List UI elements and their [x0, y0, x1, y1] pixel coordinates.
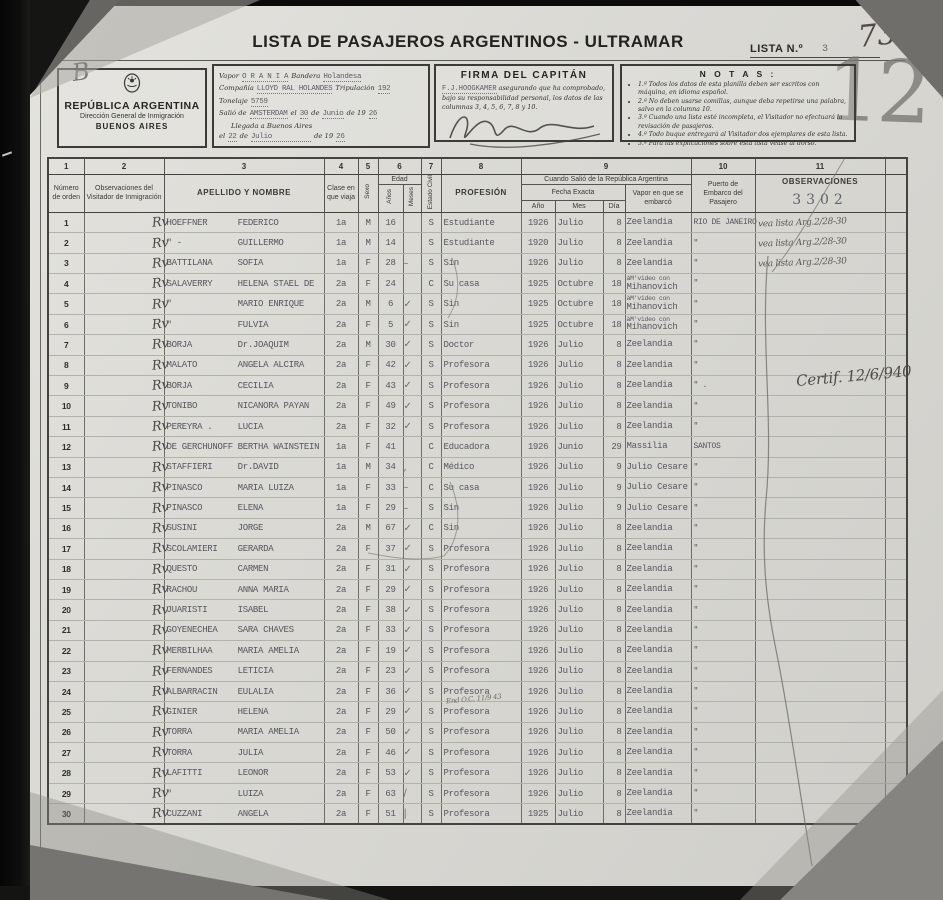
age-months-cell: ✓: [403, 702, 421, 722]
departure-day-cell: 8: [603, 681, 625, 701]
age-years-cell: 14: [378, 233, 403, 253]
passenger-row: 1RvHOEFFNERFEDERICO1aM16SEstudiante1926J…: [48, 212, 907, 232]
row-number-cell: 19: [48, 579, 84, 599]
profession-text: Médico: [444, 462, 475, 472]
departure-month-cell: Julio: [555, 376, 603, 396]
row-number-cell: 6: [48, 314, 84, 334]
age-years-cell: 42: [378, 355, 403, 375]
embark-ship-cell: àM'video conMihanovich: [625, 294, 691, 314]
header-port-of-embark: Puerto de Embarco del Pasajero: [691, 174, 755, 212]
departure-day-cell: 8: [603, 600, 625, 620]
ship-details-box: Vapor O R A N I A Bandera Holandesa Comp…: [212, 64, 430, 148]
name-cell: MALATOANGELA ALCIRA: [164, 355, 324, 375]
visitor-mark-cell: Rv: [84, 661, 164, 681]
surname-text: PINASCO: [167, 483, 203, 493]
departure-year-cell: 1926: [521, 620, 555, 640]
embark-port-cell: ": [691, 539, 755, 559]
embark-ship-cell: Zeelandia: [625, 743, 691, 763]
departure-month-cell: Julio: [555, 212, 603, 232]
age-months-cell: ✓: [403, 722, 421, 742]
age-years-cell: 67: [378, 518, 403, 538]
embark-ship-cell: Zeelandia: [625, 212, 691, 232]
profession-cell: Sin: [441, 294, 521, 314]
sex-cell: F: [358, 498, 378, 518]
margin-cell: [885, 274, 907, 294]
row-observations-cell: [755, 335, 885, 355]
departure-month-cell: Octubre: [555, 294, 603, 314]
profession-cell: Profesora: [441, 416, 521, 436]
given-name-text: BERTHA WAINSTEIN: [238, 442, 320, 452]
sex-cell: F: [358, 743, 378, 763]
visitor-mark-cell: Rv: [84, 253, 164, 273]
age-years-cell: 63: [378, 783, 403, 803]
embark-port-cell: ": [691, 681, 755, 701]
class-cell: 1a: [324, 233, 358, 253]
ship-name-text: Julio Cesare: [627, 463, 690, 472]
de192-label: de 19: [314, 132, 333, 140]
row-observations-cell: [755, 620, 885, 640]
embark-ship-cell: Zeelandia: [625, 376, 691, 396]
departure-month-cell: Julio: [555, 783, 603, 803]
profession-text: Profesora: [444, 401, 490, 411]
age-months-cell: ✓: [403, 314, 421, 334]
visitor-mark-cell: Rv: [84, 620, 164, 640]
age-years-cell: 6: [378, 294, 403, 314]
given-name-text: LETICIA: [238, 666, 274, 676]
embark-port-cell: ": [691, 233, 755, 253]
de19-label: de 19: [347, 109, 366, 117]
departure-day-cell: 8: [603, 376, 625, 396]
civil-status-cell: C: [421, 478, 441, 498]
header-age-months: Meses: [403, 184, 421, 212]
profession-cell: Profesora: [441, 355, 521, 375]
margin-cell: [885, 437, 907, 457]
margin-cell: [885, 478, 907, 498]
departure-year-cell: 1926: [521, 600, 555, 620]
surname-text: BORJA: [167, 340, 193, 350]
margin-cell: [885, 559, 907, 579]
civil-status-cell: S: [421, 233, 441, 253]
embark-ship-cell: Zeelandia: [625, 416, 691, 436]
age-years-cell: 28: [378, 253, 403, 273]
row-number-cell: 20: [48, 600, 84, 620]
visitor-mark-cell: Rv: [84, 743, 164, 763]
departure-year-cell: 1926: [521, 355, 555, 375]
departure-day-cell: 18: [603, 314, 625, 334]
class-cell: 2a: [324, 702, 358, 722]
class-cell: 2a: [324, 376, 358, 396]
age-years-cell: 33: [378, 620, 403, 640]
age-months-cell: ✓: [403, 600, 421, 620]
age-years-cell: 23: [378, 661, 403, 681]
sex-cell: M: [358, 518, 378, 538]
given-name-text: MARIA AMELIA: [238, 727, 299, 737]
departure-day-cell: 8: [603, 702, 625, 722]
class-cell: 1a: [324, 437, 358, 457]
embark-port-cell: " .: [691, 376, 755, 396]
profession-cell: Su casa: [441, 478, 521, 498]
civil-status-cell: S: [421, 600, 441, 620]
departure-day-cell: 8: [603, 355, 625, 375]
given-name-text: ANGELA: [238, 809, 269, 819]
argentina-coat-of-arms-icon: [123, 73, 141, 93]
passenger-row: 6Rv"FULVIA2aF5✓SSin1925Octubre18àM'video…: [48, 314, 907, 334]
sex-cell: F: [358, 763, 378, 783]
sex-cell: M: [358, 212, 378, 232]
departure-month-cell: Julio: [555, 641, 603, 661]
departure-year-cell: 1926: [521, 579, 555, 599]
name-cell: BORJACECILIA: [164, 376, 324, 396]
embark-port-cell: ": [691, 478, 755, 498]
embark-ship-cell: Zeelandia: [625, 804, 691, 824]
header-profession: PROFESIÓN: [441, 174, 521, 212]
age-years-cell: 41: [378, 437, 403, 457]
class-cell: 2a: [324, 641, 358, 661]
visitor-mark-cell: Rv: [84, 539, 164, 559]
departure-month-cell: Julio: [555, 416, 603, 436]
civil-status-cell: S: [421, 498, 441, 518]
row-number-cell: 16: [48, 518, 84, 538]
passenger-row: 18RvQUESTOCARMEN2aF31✓SProfesora1926Juli…: [48, 559, 907, 579]
surname-text: PINASCO: [167, 503, 203, 513]
departure-month-cell: Julio: [555, 804, 603, 824]
header-visitor-observations: Observaciones del Visitador de Inmigraci…: [84, 174, 164, 212]
embark-port-cell: ": [691, 416, 755, 436]
visitor-mark-cell: Rv: [84, 600, 164, 620]
embark-port-cell: ": [691, 335, 755, 355]
age-months-cell: |: [403, 804, 421, 824]
row-number-cell: 4: [48, 274, 84, 294]
departure-day-cell: 8: [603, 661, 625, 681]
civil-status-cell: S: [421, 559, 441, 579]
given-name-text: Dr.DAVID: [238, 462, 279, 472]
passenger-row: 16RvSUSINIJORGE2aM67✓CSin1926Julio8Zeela…: [48, 518, 907, 538]
profession-text: Profesora: [444, 564, 490, 574]
profession-cell: Profesora: [441, 783, 521, 803]
ship-name-text: Julio Cesare: [627, 483, 690, 492]
age-years-cell: 32: [378, 416, 403, 436]
lista-number-label: LISTA N.º: [750, 43, 803, 55]
age-years-cell: 37: [378, 539, 403, 559]
given-name-text: GERARDA: [238, 544, 274, 554]
civil-status-cell: S: [421, 579, 441, 599]
departure-month-cell: Julio: [555, 253, 603, 273]
row-number-cell: 17: [48, 539, 84, 559]
class-cell: 2a: [324, 518, 358, 538]
departure-month-cell: Julio: [555, 335, 603, 355]
embark-port-cell: ": [691, 783, 755, 803]
visitor-mark-cell: Rv: [84, 518, 164, 538]
immigration-office-box: REPÚBLICA ARGENTINA Dirección General de…: [57, 68, 207, 148]
row-number-cell: 28: [48, 763, 84, 783]
margin-cell: [885, 457, 907, 477]
surname-text: LAFITTI: [167, 768, 203, 778]
sex-cell: F: [358, 355, 378, 375]
surname-text: PEREYRA .: [167, 422, 213, 432]
col-number: [885, 158, 907, 174]
name-cell: HOEFFNERFEDERICO: [164, 212, 324, 232]
margin-cell: [885, 335, 907, 355]
row-observations-cell: [755, 457, 885, 477]
age-years-cell: 30: [378, 335, 403, 355]
profession-cell: Profesora: [441, 763, 521, 783]
embark-ship-cell: Zeelandia: [625, 763, 691, 783]
name-cell: TORRAJULIA: [164, 743, 324, 763]
note-item: 3.ª Cuando una lista esté incompleta, el…: [638, 114, 848, 131]
passenger-row: 30RvCUZZANIANGELA2aF51|SProfesora1925Jul…: [48, 804, 907, 824]
civil-status-cell: C: [421, 437, 441, 457]
surname-text: ": [167, 320, 172, 330]
profession-cell: Su casa: [441, 274, 521, 294]
name-cell: FERNANDESLETICIA: [164, 661, 324, 681]
embark-port-cell: ": [691, 253, 755, 273]
age-years-cell: 51: [378, 804, 403, 824]
profession-cell: Sin: [441, 314, 521, 334]
passenger-row: 3RvBATTILANASOFIA1aF28–SSin1926Julio8Zee…: [48, 253, 907, 273]
embark-ship-cell: Julio Cesare: [625, 478, 691, 498]
profession-text: Sin: [444, 320, 459, 330]
de-label: de: [311, 109, 319, 117]
tonelaje-value: 5759: [251, 98, 268, 107]
given-name-text: EULALIA: [238, 687, 274, 697]
name-cell: " -GUILLERMO: [164, 233, 324, 253]
row-observations-cell: [755, 498, 885, 518]
visitor-mark-cell: Rv: [84, 559, 164, 579]
salio-label: Salió de: [219, 109, 247, 117]
departure-year-cell: 1925: [521, 314, 555, 334]
embark-port-cell: ": [691, 314, 755, 334]
departure-year-cell: 1925: [521, 804, 555, 824]
surname-text: SALAVERRY: [167, 279, 213, 289]
departure-day-cell: 8: [603, 233, 625, 253]
departure-day-cell: 8: [603, 620, 625, 640]
embark-ship-cell: Zeelandia: [625, 233, 691, 253]
age-years-cell: 19: [378, 641, 403, 661]
visitor-mark-cell: Rv: [84, 212, 164, 232]
departure-day-cell: 8: [603, 539, 625, 559]
profession-cell: Sin: [441, 518, 521, 538]
surname-text: MERBILHAA: [167, 646, 213, 656]
sex-cell: F: [358, 804, 378, 824]
visitor-mark-cell: Rv: [84, 355, 164, 375]
profession-cell: Sin: [441, 253, 521, 273]
age-months-cell: [403, 437, 421, 457]
ship-name-text: Mihanovich: [627, 323, 690, 332]
departure-year-cell: 1926: [521, 396, 555, 416]
surname-text: HOEFFNER: [167, 218, 208, 228]
departure-year-cell: 1926: [521, 559, 555, 579]
surname-text: TORRA: [167, 748, 193, 758]
given-name-text: GUILLERMO: [238, 238, 284, 248]
header-margin-column: [885, 174, 907, 212]
departure-year-cell: 1926: [521, 498, 555, 518]
row-observations-cell: [755, 579, 885, 599]
ship-name-text: Zeelandia: [627, 422, 690, 431]
sex-cell: F: [358, 702, 378, 722]
given-name-text: CARMEN: [238, 564, 269, 574]
given-name-text: NICANORA PAYAN: [238, 401, 309, 411]
visitor-mark-cell: Rv: [84, 376, 164, 396]
captain-signature-box: FIRMA DEL CAPITÁN F.J.HOOGKAMER aseguran…: [434, 64, 614, 142]
embark-ship-cell: Zeelandia: [625, 518, 691, 538]
notes-box: N O T A S : 1.ª Todos los datos de esta …: [620, 64, 856, 142]
profession-cell: Profesora: [441, 641, 521, 661]
row-observations-cell: [755, 396, 885, 416]
surname-text: GINIER: [167, 707, 198, 717]
age-months-cell: ✓: [403, 376, 421, 396]
profession-text: Profesora: [444, 748, 490, 758]
visitor-mark-cell: Rv: [84, 702, 164, 722]
profession-cell: Profesora: [441, 559, 521, 579]
departure-month-cell: Julio: [555, 763, 603, 783]
name-cell: "LUIZA: [164, 783, 324, 803]
departure-year-cell: 1926: [521, 681, 555, 701]
age-months-cell: –: [403, 498, 421, 518]
captain-signature-ink: [442, 100, 610, 148]
name-cell: "MARIO ENRIQUE: [164, 294, 324, 314]
departure-year-cell: 1926: [521, 763, 555, 783]
embark-port-cell: ": [691, 620, 755, 640]
passenger-row: 27RvTORRAJULIA2aF46✓SProfesora1926Julio8…: [48, 743, 907, 763]
name-cell: ALBARRACINEULALIA: [164, 681, 324, 701]
org-department: Dirección General de Inmigración: [59, 113, 205, 120]
embark-ship-cell: Zeelandia: [625, 396, 691, 416]
sex-cell: M: [358, 294, 378, 314]
header-month: Mes: [555, 201, 603, 213]
row-number-cell: 8: [48, 355, 84, 375]
departure-month-cell: Julio: [555, 539, 603, 559]
profession-text: Educadora: [444, 442, 490, 452]
age-years-cell: 43: [378, 376, 403, 396]
surname-text: TORRA: [167, 727, 193, 737]
embark-port-cell: ": [691, 559, 755, 579]
class-cell: 2a: [324, 763, 358, 783]
civil-status-cell: S: [421, 253, 441, 273]
row-observations-cell: [755, 314, 885, 334]
departure-month-cell: Julio: [555, 457, 603, 477]
profession-text: Profesora: [444, 544, 490, 554]
class-cell: 2a: [324, 661, 358, 681]
embark-ship-cell: Zeelandia: [625, 783, 691, 803]
passenger-table: 1 2 3 4 5 6 7 8 9 10 11 Número de orden …: [47, 157, 908, 825]
row-observations-cell: [755, 722, 885, 742]
row-number-cell: 25: [48, 702, 84, 722]
passenger-row: 25RvGINIERHELENA2aF29✓SProfesoraEnd O.C.…: [48, 702, 907, 722]
ship-name-text: Zeelandia: [627, 361, 690, 370]
departure-year-cell: 1920: [521, 233, 555, 253]
civil-status-cell: S: [421, 396, 441, 416]
embark-port-cell: ": [691, 579, 755, 599]
departure-month-cell: Julio: [555, 681, 603, 701]
departure-month-cell: Octubre: [555, 314, 603, 334]
profession-cell: Profesora: [441, 600, 521, 620]
given-name-text: LEONOR: [238, 768, 269, 778]
passenger-row: 14RvPINASCOMARIA LUIZA1aF33–CSu casa1926…: [48, 478, 907, 498]
embark-ship-cell: Zeelandia: [625, 702, 691, 722]
civil-status-cell: S: [421, 763, 441, 783]
passenger-row: 20RvJUARISTIISABEL2aF38✓SProfesora1926Ju…: [48, 600, 907, 620]
embark-ship-cell: Zeelandia: [625, 335, 691, 355]
margin-cell: [885, 600, 907, 620]
profession-text: Estudiante: [444, 218, 495, 228]
margin-cell: [885, 518, 907, 538]
surname-text: JUARISTI: [167, 605, 208, 615]
departure-month-cell: Julio: [555, 478, 603, 498]
row-number-cell: 18: [48, 559, 84, 579]
class-cell: 2a: [324, 600, 358, 620]
profession-cell: Estudiante: [441, 233, 521, 253]
profession-text: Sin: [444, 503, 459, 513]
profession-cell: ProfesoraEnd O.C. 11/9 43: [441, 702, 521, 722]
age-months-cell: ✓: [403, 641, 421, 661]
ship-name-text: Zeelandia: [627, 402, 690, 411]
class-cell: 2a: [324, 294, 358, 314]
given-name-text: ANGELA ALCIRA: [238, 360, 304, 370]
passenger-row: 9RvBORJACECILIA2aF43✓SProfesora1926Julio…: [48, 376, 907, 396]
observation-handwritten: vea lista Arg.2/28-30: [757, 236, 846, 249]
margin-cell: [885, 681, 907, 701]
name-cell: GINIERHELENA: [164, 702, 324, 722]
given-name-text: FULVIA: [238, 320, 269, 330]
surname-text: SCOLAMIERI: [167, 544, 218, 554]
profession-cell: Profesora: [441, 396, 521, 416]
scanned-document-photo: LISTA DE PASAJEROS ARGENTINOS - ULTRAMAR…: [0, 0, 943, 900]
class-cell: 2a: [324, 416, 358, 436]
margin-cell: [885, 416, 907, 436]
embark-port-cell: ": [691, 274, 755, 294]
profession-cell: Profesora: [441, 579, 521, 599]
passenger-row: 10RvTONIBONICANORA PAYAN2aF49✓SProfesora…: [48, 396, 907, 416]
departure-day-cell: 8: [603, 212, 625, 232]
departure-month-cell: Julio: [555, 396, 603, 416]
margin-cell: [885, 253, 907, 273]
embark-port-cell: ": [691, 600, 755, 620]
embark-port-cell: ": [691, 804, 755, 824]
class-cell: 2a: [324, 314, 358, 334]
name-cell: PINASCOELENA: [164, 498, 324, 518]
age-months-cell: ✓: [403, 518, 421, 538]
header-observations: OBSERVACIONES 3302: [755, 174, 885, 212]
departure-year-cell: 1926: [521, 457, 555, 477]
civil-status-cell: S: [421, 376, 441, 396]
embark-port-cell: ": [691, 763, 755, 783]
salio-year: 26: [369, 110, 377, 119]
departure-day-cell: 8: [603, 559, 625, 579]
profession-cell: Doctor: [441, 335, 521, 355]
embark-ship-cell: Julio Cesare: [625, 498, 691, 518]
civil-status-cell: S: [421, 702, 441, 722]
passenger-row: 29Rv"LUIZA2aF63/SProfesora1926Julio8Zeel…: [48, 783, 907, 803]
org-city: BUENOS AIRES: [59, 122, 205, 131]
civil-status-cell: S: [421, 681, 441, 701]
departure-day-cell: 18: [603, 274, 625, 294]
departure-day-cell: 29: [603, 437, 625, 457]
embark-ship-cell: Zeelandia: [625, 661, 691, 681]
row-number-cell: 10: [48, 396, 84, 416]
name-cell: QUESTOCARMEN: [164, 559, 324, 579]
profession-text: Profesora: [444, 381, 490, 391]
ship-name-text: Mihanovich: [627, 303, 690, 312]
profession-text: Profesora: [444, 422, 490, 432]
age-months-cell: ✓: [403, 539, 421, 559]
embark-port-cell: ": [691, 518, 755, 538]
surname-text: ALBARRACIN: [167, 687, 218, 697]
salio-month: Junio: [322, 110, 343, 119]
age-years-cell: 34: [378, 457, 403, 477]
observation-handwritten: vea lista Arg.2/28-30: [757, 216, 846, 229]
vapor-value: O R A N I A: [242, 73, 288, 82]
bandera-value: Holandesa: [323, 73, 361, 82]
